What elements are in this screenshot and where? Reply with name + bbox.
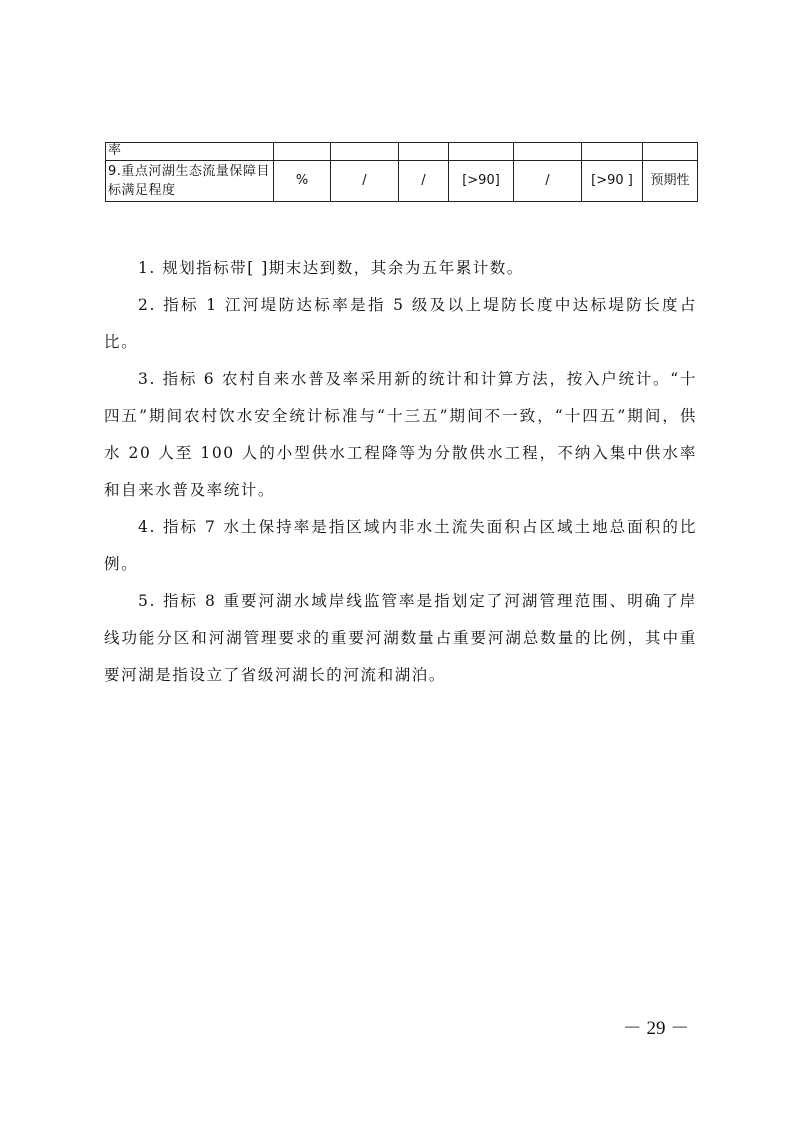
page-number: － 29 － [620, 1013, 692, 1040]
table-cell: / [514, 161, 582, 202]
note-3: 3. 指标 6 农村自来水普及率采用新的统计和计算方法，按入户统计。“十四五”期… [104, 361, 697, 509]
note-2: 2. 指标 1 江河堤防达标率是指 5 级及以上堤防长度中达标堤防长度占比。 [104, 287, 697, 361]
note-1: 1. 规划指标带[ ]期末达到数，其余为五年累计数。 [104, 250, 697, 287]
table-cell: / [399, 161, 449, 202]
table-cell-unit: % [274, 161, 331, 202]
table-cell-attribute [643, 143, 698, 161]
table-notes: 1. 规划指标带[ ]期末达到数，其余为五年累计数。 2. 指标 1 江河堤防达… [104, 250, 697, 694]
indicator-table: 率 9.重点河湖生态流量保障目标满足程度 % / / [>90] / [>90 … [105, 142, 698, 202]
table-cell: [>90] [449, 161, 514, 202]
table-cell: / [331, 161, 399, 202]
table-cell-attribute: 预期性 [643, 161, 698, 202]
table-cell [514, 143, 582, 161]
table-cell [331, 143, 399, 161]
table-row: 率 [106, 143, 698, 161]
table-cell [399, 143, 449, 161]
table-row: 9.重点河湖生态流量保障目标满足程度 % / / [>90] / [>90 ] … [106, 161, 698, 202]
note-5: 5. 指标 8 重要河湖水域岸线监管率是指划定了河湖管理范围、明确了岸线功能分区… [104, 583, 697, 694]
table-cell-indicator: 9.重点河湖生态流量保障目标满足程度 [106, 161, 274, 202]
note-4: 4. 指标 7 水土保持率是指区域内非水土流失面积占区域土地总面积的比例。 [104, 509, 697, 583]
table-cell [449, 143, 514, 161]
table-cell-unit [274, 143, 331, 161]
table-cell-indicator: 率 [106, 143, 274, 161]
table-cell [582, 143, 643, 161]
table-cell: [>90 ] [582, 161, 643, 202]
